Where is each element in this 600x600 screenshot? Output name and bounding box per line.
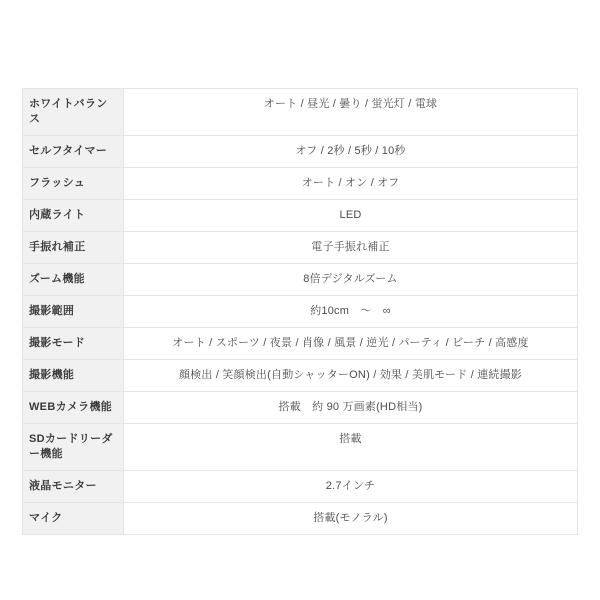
spec-value-zoom-function: 8倍デジタルズーム [124,264,577,295]
spec-label-zoom-function: ズーム機能 [23,264,124,295]
spec-label-microphone: マイク [23,503,124,534]
table-row: SDカードリーダー機能 搭載 [23,424,577,471]
spec-label-web-camera: WEBカメラ機能 [23,392,124,423]
table-row: WEBカメラ機能 搭載 約 90 万画素(HD相当) [23,392,577,424]
table-row: フラッシュ オート / オン / オフ [23,168,577,200]
spec-value-white-balance: オート / 昼光 / 曇り / 蛍光灯 / 電球 [124,89,577,135]
spec-value-image-stabilization: 電子手振れ補正 [124,232,577,263]
spec-label-shooting-mode: 撮影モード [23,328,124,359]
table-row: 内蔵ライト LED [23,200,577,232]
spec-label-lcd-monitor: 液晶モニター [23,471,124,502]
table-row: ズーム機能 8倍デジタルズーム [23,264,577,296]
table-row: マイク 搭載(モノラル) [23,503,577,534]
spec-label-sd-card-reader: SDカードリーダー機能 [23,424,124,470]
table-row: 撮影モード オート / スポーツ / 夜景 / 肖像 / 風景 / 逆光 / パ… [23,328,577,360]
spec-value-web-camera: 搭載 約 90 万画素(HD相当) [124,392,577,423]
spec-value-shooting-function: 顔検出 / 笑顔検出(自動シャッターON) / 効果 / 美肌モード / 連続撮… [124,360,577,391]
spec-value-flash: オート / オン / オフ [124,168,577,199]
table-row: 液晶モニター 2.7インチ [23,471,577,503]
spec-value-sd-card-reader: 搭載 [124,424,577,470]
page: ホワイトバランス オート / 昼光 / 曇り / 蛍光灯 / 電球 セルフタイマ… [0,0,600,600]
spec-value-shooting-range: 約10cm ～ ∞ [124,296,577,327]
table-row: 撮影範囲 約10cm ～ ∞ [23,296,577,328]
spec-label-shooting-range: 撮影範囲 [23,296,124,327]
spec-table: ホワイトバランス オート / 昼光 / 曇り / 蛍光灯 / 電球 セルフタイマ… [22,88,578,535]
spec-value-shooting-mode: オート / スポーツ / 夜景 / 肖像 / 風景 / 逆光 / パーティ / … [124,328,577,359]
table-row: セルフタイマー オフ / 2秒 / 5秒 / 10秒 [23,136,577,168]
spec-label-white-balance: ホワイトバランス [23,89,124,135]
spec-label-image-stabilization: 手振れ補正 [23,232,124,263]
table-row: ホワイトバランス オート / 昼光 / 曇り / 蛍光灯 / 電球 [23,89,577,136]
spec-value-microphone: 搭載(モノラル) [124,503,577,534]
spec-label-self-timer: セルフタイマー [23,136,124,167]
spec-value-self-timer: オフ / 2秒 / 5秒 / 10秒 [124,136,577,167]
spec-value-built-in-light: LED [124,200,577,231]
spec-label-flash: フラッシュ [23,168,124,199]
table-row: 手振れ補正 電子手振れ補正 [23,232,577,264]
spec-value-lcd-monitor: 2.7インチ [124,471,577,502]
spec-label-built-in-light: 内蔵ライト [23,200,124,231]
spec-label-shooting-function: 撮影機能 [23,360,124,391]
table-row: 撮影機能 顔検出 / 笑顔検出(自動シャッターON) / 効果 / 美肌モード … [23,360,577,392]
